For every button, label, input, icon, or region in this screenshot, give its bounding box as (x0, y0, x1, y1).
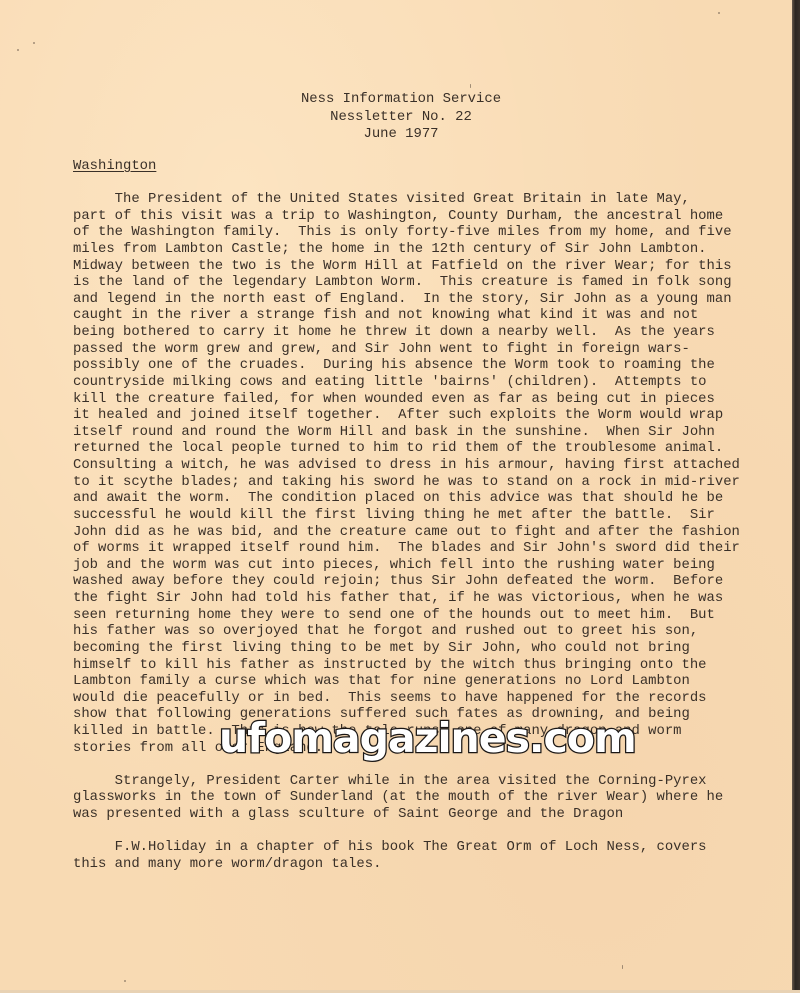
article-body: The President of the United States visit… (73, 191, 773, 873)
text-line: F.W.Holiday in a chapter of his book The… (73, 839, 773, 856)
text-line: glassworks in the town of Sunderland (at… (73, 789, 773, 806)
text-line: returned the local people turned to him … (73, 440, 773, 457)
paragraph: F.W.Holiday in a chapter of his book The… (73, 839, 773, 872)
speck (470, 84, 471, 88)
text-line: possibly one of the cruades. During his … (73, 357, 773, 374)
text-line: washed away before they could rejoin; th… (73, 573, 773, 590)
issue-number: Nessletter No. 22 (0, 109, 800, 127)
text-line: Consulting a witch, he was advised to dr… (73, 457, 773, 474)
text-line: The President of the United States visit… (73, 191, 773, 208)
speck (718, 12, 720, 14)
speck (33, 42, 35, 44)
text-line: job and the worm was cut into pieces, wh… (73, 557, 773, 574)
text-line: Midway between the two is the Worm Hill … (73, 258, 773, 275)
text-line: Lambton family a curse which was that fo… (73, 673, 773, 690)
speck (124, 980, 126, 982)
issue-date: June 1977 (0, 126, 800, 144)
text-line: and legend in the north east of England.… (73, 291, 773, 308)
text-line: miles from Lambton Castle; the home in t… (73, 241, 773, 258)
paragraph: The President of the United States visit… (73, 191, 773, 756)
text-line: it healed and joined itself together. Af… (73, 407, 773, 424)
paragraph-gap (73, 823, 773, 840)
text-line: seen returning home they were to send on… (73, 607, 773, 624)
publisher-name: Ness Information Service (0, 91, 800, 109)
text-line: this and many more worm/dragon tales. (73, 856, 773, 873)
newsletter-header: Ness Information Service Nessletter No. … (0, 91, 800, 144)
text-line: is the land of the legendary Lambton Wor… (73, 274, 773, 291)
text-line: the fight Sir John had told his father t… (73, 590, 773, 607)
text-line: and await the worm. The condition placed… (73, 490, 773, 507)
text-line: countryside milking cows and eating litt… (73, 374, 773, 391)
text-line: kill the creature failed, for when wound… (73, 391, 773, 408)
text-line: of the Washington family. This is only f… (73, 224, 773, 241)
text-line: John did as he was bid, and the creature… (73, 524, 773, 541)
text-line: was presented with a glass sculture of S… (73, 806, 773, 823)
text-line: Strangely, President Carter while in the… (73, 773, 773, 790)
text-line: to it scythe blades; and taking his swor… (73, 474, 773, 491)
text-line: successful he would kill the first livin… (73, 507, 773, 524)
speck (622, 965, 623, 969)
text-line: passed the worm grew and grew, and Sir J… (73, 341, 773, 358)
text-line: himself to kill his father as instructed… (73, 657, 773, 674)
text-line: being bothered to carry it home he threw… (73, 324, 773, 341)
text-line: itself round and round the Worm Hill and… (73, 424, 773, 441)
text-line: part of this visit was a trip to Washing… (73, 208, 773, 225)
paragraph: Strangely, President Carter while in the… (73, 773, 773, 823)
section-title: Washington (73, 158, 156, 175)
speck (17, 49, 19, 51)
text-line: of worms it wrapped itself round him. Th… (73, 540, 773, 557)
scan-edge-right (792, 0, 800, 993)
text-line: his father was so overjoyed that he forg… (73, 623, 773, 640)
watermark: ufomagazines.com (219, 718, 636, 759)
text-line: becoming the first living thing to be me… (73, 640, 773, 657)
text-line: would die peacefully or in bed. This see… (73, 690, 773, 707)
text-line: caught in the river a strange fish and n… (73, 307, 773, 324)
